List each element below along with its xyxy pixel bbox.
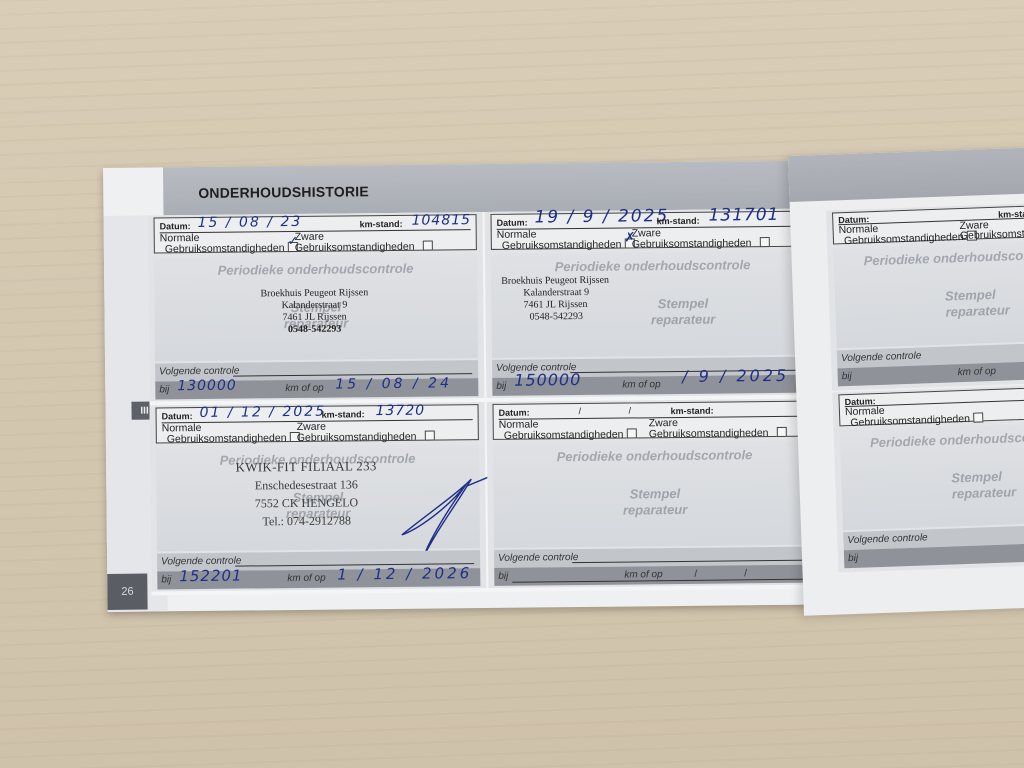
normale-label-2: Gebruiksomstandigheden (167, 432, 287, 445)
next-date-value[interactable]: 15 / 08 / 24 (335, 374, 452, 393)
next-date-value[interactable]: 1 / 12 / 2026 (337, 564, 472, 583)
record-header: Datum: / / km-stand: Normale Gebruiksoms… (492, 401, 815, 440)
zware-label-2: Gebruiksomstandigheden (295, 241, 415, 254)
record-header: Datum: Normale Gebruiksomstandigheden (838, 386, 1024, 427)
zware-label-2: Gebruiksomstandigheden (960, 227, 1024, 241)
zware-checkbox[interactable] (759, 237, 769, 247)
page-right: Datum: km-stand: Normale Gebruiksomstand… (788, 147, 1024, 616)
stamp-area: Periodieke onderhoudscontrole Stempelrep… (154, 254, 478, 361)
record-header: Datum: 19 / 9 / 2025 km-stand: 131701 No… (491, 211, 814, 250)
periodiek-label: Periodieke onderhoudscontrole (493, 447, 816, 465)
zware-checkbox[interactable] (424, 431, 434, 441)
stempel-label: Stempelreparateur (945, 284, 1024, 321)
periodiek-label: Periodieke onderhoudscontrole (491, 257, 814, 275)
datum-label: Datum: (499, 408, 530, 418)
periodiek-label: Periodieke onderhoudscontrole (863, 246, 1024, 269)
service-record-2: Datum: 19 / 9 / 2025 km-stand: 131701 No… (484, 208, 821, 397)
service-record-1: Datum: 15 / 08 / 23 km-stand: 104815 Nor… (148, 212, 485, 401)
stamp-name: KWIK-FIT FILIAAL 233 (216, 457, 396, 477)
stamp-area: Periodieke onderhoudscontrole Stempelrep… (491, 251, 815, 358)
date-slash: / (579, 406, 582, 416)
next-service-row: bij km of op / / (494, 565, 817, 586)
datum-label: Datum: (160, 221, 191, 231)
datum-label: Datum: (162, 411, 193, 421)
km-of-op-label: km of op (624, 566, 663, 584)
record-header: Datum: 01 / 12 / 2025 km-stand: 13720 No… (156, 404, 479, 443)
volgende-controle-label: Volgende controle (159, 366, 239, 378)
datum-value[interactable]: 19 / 9 / 2025 (534, 206, 669, 227)
volgende-controle-label: Volgende controle (161, 556, 241, 568)
service-record-5: Datum: km-stand: Normale Gebruiksomstand… (826, 202, 1024, 391)
service-record-4: Datum: / / km-stand: Normale Gebruiksoms… (486, 398, 823, 587)
bij-label: bij (161, 574, 171, 585)
stamp-area: Periodieke onderhoudscontrole Stempelrep… (833, 240, 1024, 349)
km-of-op-label: km of op (285, 380, 324, 398)
zware-label-2: Gebruiksomstandigheden (632, 237, 752, 250)
km-stand-label: km-stand: (657, 216, 700, 226)
datum-value[interactable]: 01 / 12 / 2025 (199, 404, 326, 421)
normale-label-2: Gebruiksomstandigheden (504, 429, 624, 442)
zware-checkbox[interactable] (776, 427, 786, 437)
km-stand-value[interactable]: 13720 (375, 403, 425, 420)
km-stand-value[interactable]: 104815 (411, 212, 471, 229)
stamp-phone: 0548-542293 (502, 310, 632, 323)
km-stand-label: km-stand: (671, 406, 714, 416)
normale-label-2: Gebruiksomstandigheden (165, 242, 285, 255)
bij-label: bij (496, 381, 506, 392)
page-header (788, 147, 1024, 202)
km-of-op-label: km of op (287, 570, 326, 588)
bij-label: bij (159, 384, 169, 395)
page-number: 26 (107, 574, 147, 610)
service-record-6: Datum: Normale Gebruiksomstandigheden Pe… (832, 384, 1024, 573)
normale-checkbox[interactable] (626, 428, 636, 438)
page-title: ONDERHOUDSHISTORIE (198, 183, 369, 201)
bij-label: bij (848, 553, 858, 564)
datum-value[interactable]: 15 / 08 / 23 (197, 214, 302, 231)
periodiek-label: Periodieke onderhoudscontrole (870, 427, 1024, 450)
stempel-label: Stempelreparateur (951, 465, 1024, 502)
record-header: Datum: 15 / 08 / 23 km-stand: 104815 Nor… (154, 214, 477, 253)
next-km-value[interactable]: 130000 (177, 377, 237, 396)
zware-checkbox[interactable] (422, 241, 432, 251)
service-record-3: Datum: 01 / 12 / 2025 km-stand: 13720 No… (149, 402, 486, 591)
next-service-row: bij 130000 km of op 15 / 08 / 24 (155, 378, 478, 399)
next-date-value[interactable]: / 9 / 2025 (682, 367, 789, 386)
stempel-label: Stempelreparateur (493, 485, 816, 520)
bij-label: bij (842, 371, 852, 382)
date-slash: / (694, 566, 697, 584)
stamp-city: 7552 CK HENGELO (216, 493, 396, 513)
normale-checkbox[interactable] (973, 412, 983, 422)
next-service-row: bij 150000 km of op / 9 / 2025 (492, 375, 815, 396)
dealer-stamp: Broekhuis Peugeot Rijssen Kalanderstraat… (501, 274, 631, 323)
next-service-row: bij 152201 km of op 1 / 12 / 2026 (157, 568, 480, 589)
date-slash: / (744, 565, 747, 583)
km-stand-value[interactable]: 131701 (708, 205, 779, 226)
next-km-value[interactable]: 150000 (514, 371, 581, 390)
stamp-phone: Tel.: 074-2912788 (217, 511, 397, 531)
next-km-value[interactable]: 152201 (179, 567, 242, 586)
date-slash: / (629, 405, 632, 415)
page-left: ONDERHOUDSHISTORIE III 26 Datum: 15 / 08… (103, 160, 863, 612)
stamp-area: Periodieke onderhoudscontrole Stempelrep… (840, 422, 1024, 531)
km-stand-label: km-stand: (360, 219, 403, 229)
km-of-op-label: km of op (622, 376, 661, 394)
zware-label-2: Gebruiksomstandigheden (297, 431, 417, 444)
stamp-area: Periodieke onderhoudscontrole Stempelrep… (493, 441, 817, 548)
volgende-controle-label: Volgende controle (841, 350, 922, 364)
stamp-street: Enschedesestraat 136 (216, 475, 396, 495)
datum-label: Datum: (497, 218, 528, 228)
bij-label: bij (498, 571, 508, 582)
km-stand-label: km-stand: (322, 409, 365, 419)
dealer-stamp: KWIK-FIT FILIAAL 233 Enschedesestraat 13… (216, 457, 397, 531)
record-header: Datum: km-stand: Normale Gebruiksomstand… (832, 204, 1024, 245)
stamp-area: Periodieke onderhoudscontrole Stempelrep… (156, 444, 480, 551)
stamp-phone: 0548-542293 (225, 323, 405, 337)
volgende-controle-label: Volgende controle (847, 532, 928, 546)
zware-label-2: Gebruiksomstandigheden (649, 427, 769, 440)
normale-label-2: Gebruiksomstandigheden (502, 239, 622, 252)
km-of-op-label: km of op (957, 363, 996, 382)
volgende-controle-label: Volgende controle (498, 552, 578, 564)
dealer-stamp: Broekhuis Peugeot Rijssen Kalanderstraat… (224, 287, 404, 337)
records-grid: Datum: 15 / 08 / 23 km-stand: 104815 Nor… (148, 208, 824, 595)
maintenance-booklet: ONDERHOUDSHISTORIE III 26 Datum: 15 / 08… (0, 0, 1024, 768)
periodiek-label: Periodieke onderhoudscontrole (154, 260, 477, 278)
